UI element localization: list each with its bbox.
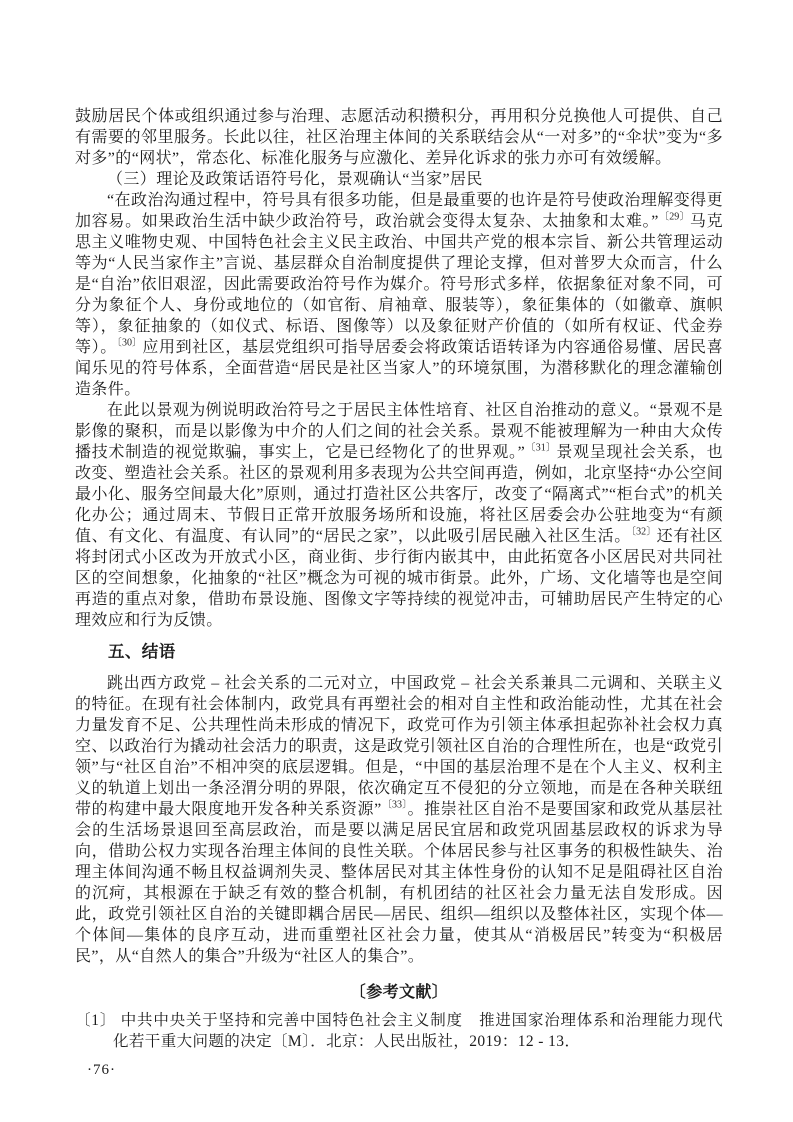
- text-run: “在政治沟通过程中，符号具有很多功能，但是最重要的也许是符号使政治理解变得更加容…: [75, 192, 723, 230]
- page-number: ·76·: [87, 1060, 723, 1081]
- references-heading: 〔参考文献〕: [75, 982, 723, 1003]
- citation-marker: 〔31〕: [525, 443, 556, 454]
- body-paragraph: 鼓励居民个体或组织通过参与治理、志愿活动积攒积分，再用积分兑换他人可提供、自己有…: [75, 106, 723, 169]
- citation-marker: 〔33〕: [382, 800, 408, 811]
- text-run: 跳出西方政党 – 社会关系的二元对立，中国政党 – 社会关系兼具二元调和、关联主…: [75, 675, 723, 818]
- text-run: 应用到社区，基层党组织可指导居委会将政策话语转译为内容通俗易懂、居民喜闻乐见的符…: [75, 339, 723, 398]
- subsection-heading: （三）理论及政策话语符号化，景观确认“当家”居民: [75, 169, 723, 190]
- text-run: 。推崇社区自治不是要国家和政党从基层社会的生活场景退回至高层政治，而是要以满足居…: [75, 801, 723, 965]
- document-page: 鼓励居民个体或组织通过参与治理、志愿活动积攒积分，再用积分兑换他人可提供、自己有…: [0, 0, 793, 1122]
- body-paragraph: 在此以景观为例说明政治符号之于居民主体性培育、社区自治推动的意义。“景观不是影像…: [75, 400, 723, 631]
- text-run: 马克思主义唯物史观、中国特色社会主义民主政治、中国共产党的根本宗旨、新公共管理运…: [75, 213, 723, 356]
- citation-marker: 〔32〕: [631, 527, 657, 538]
- body-paragraph: 跳出西方政党 – 社会关系的二元对立，中国政党 – 社会关系兼具二元调和、关联主…: [75, 673, 723, 967]
- text-run: 鼓励居民个体或组织通过参与治理、志愿活动积攒积分，再用积分兑换他人可提供、自己有…: [75, 108, 723, 167]
- reference-item: 〔1〕 中共中央关于坚持和完善中国特色社会主义制度 推进国家治理体系和治理能力现…: [75, 1010, 723, 1052]
- section-heading: 五、结语: [75, 642, 723, 663]
- citation-marker: 〔30〕: [117, 338, 143, 349]
- citation-marker: 〔29〕: [659, 212, 690, 223]
- body-paragraph: “在政治沟通过程中，符号具有很多功能，但是最重要的也许是符号使政治理解变得更加容…: [75, 190, 723, 400]
- article-body: 鼓励居民个体或组织通过参与治理、志愿活动积攒积分，再用积分兑换他人可提供、自己有…: [75, 106, 723, 1081]
